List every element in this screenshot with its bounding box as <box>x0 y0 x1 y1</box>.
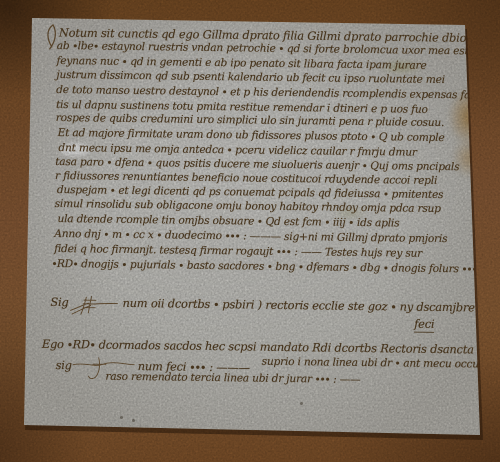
line-text: num oii dcortbs ∙ psbiri ) rectoris eccl… <box>122 296 500 315</box>
scribe-line: Ego ∙RD∙ dcormados sacdos hec scpsi mand… <box>42 338 500 357</box>
parchment: Notum sit cunctis qd ego Gillma dprato f… <box>0 0 500 462</box>
final-correction-line: raso remendato tercia linea ubi dr jurar… <box>105 371 360 387</box>
sig-prefix: Sig <box>50 295 68 309</box>
photo-frame: Notum sit cunctis qd ego Gillma dprato f… <box>0 0 500 462</box>
notarial-sign-icon <box>68 292 120 322</box>
sig-prefix: sig <box>56 358 72 372</box>
feci-word: feci <box>414 318 434 331</box>
addendum-line: suprio i nona linea ubi dr ∙ ant mecu oc… <box>262 356 493 372</box>
rector-subscription-line: Signum oii dcortbs ∙ psbiri ) rectoris e… <box>50 292 500 320</box>
manuscript-text: Notum sit cunctis qd ego Gillma dprato f… <box>0 0 500 462</box>
manuscript-line: ∙RD∙ dnogijs ∙ pujurials ∙ basto sacdore… <box>52 258 497 277</box>
